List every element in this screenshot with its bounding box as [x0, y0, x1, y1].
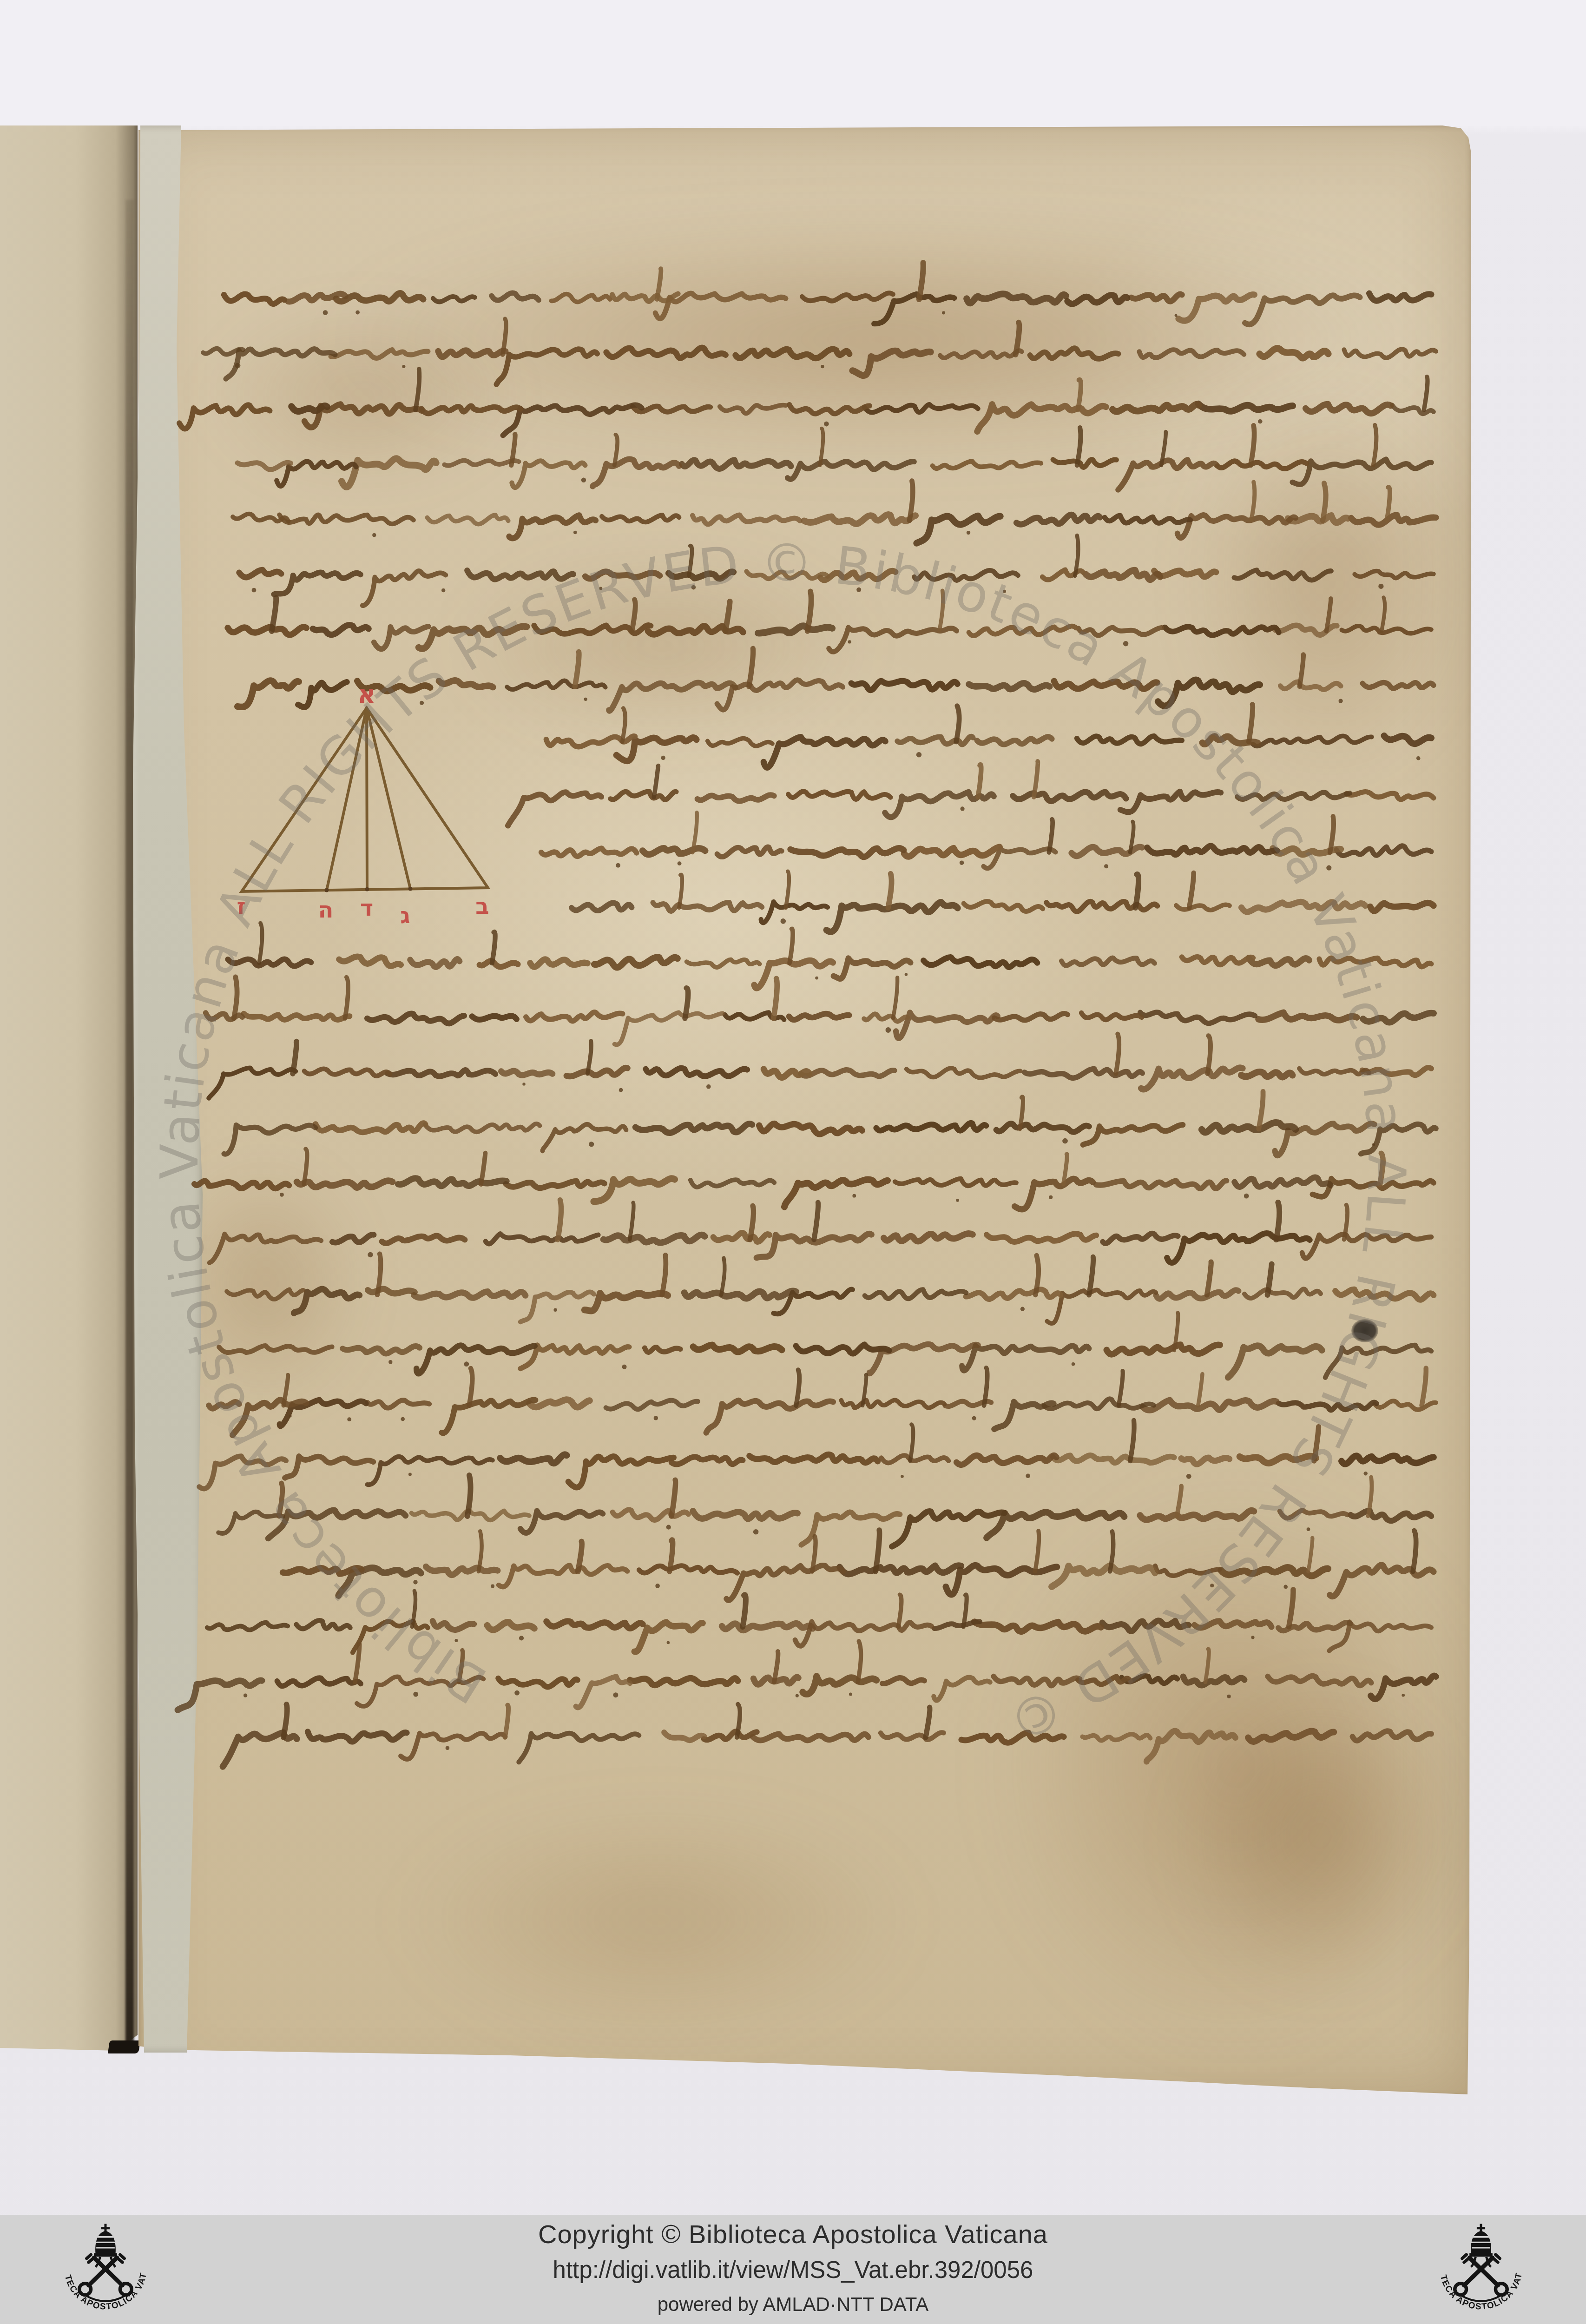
footer-copyright: Copyright © Biblioteca Apostolica Vatica… [0, 2219, 1586, 2249]
footer-url: http://digi.vatlib.it/view/MSS_Vat.ebr.3… [0, 2256, 1586, 2284]
scanned-manuscript-view: אבגדהז Biblioteca Apostolica Vaticana AL… [0, 0, 1586, 2324]
svg-text:Biblioteca Apostolica Vaticana: Biblioteca Apostolica Vaticana ALL RIGHT… [0, 301, 1586, 2033]
watermark-ring-text: Biblioteca Apostolica Vaticana ALL RIGHT… [0, 301, 1586, 2033]
watermark-overlay: Biblioteca Apostolica Vaticana ALL RIGHT… [0, 0, 1586, 2324]
footer-powered-by: powered by AMLAD·NTT DATA [0, 2293, 1586, 2316]
